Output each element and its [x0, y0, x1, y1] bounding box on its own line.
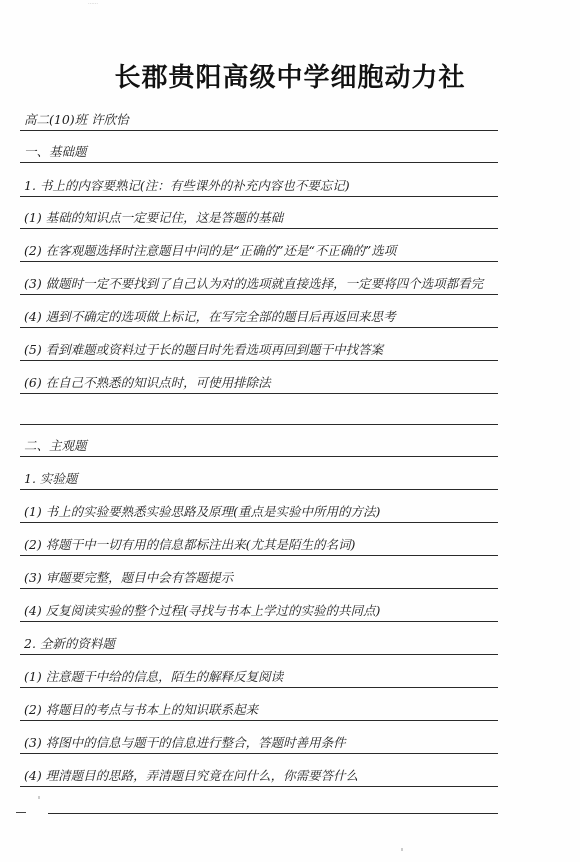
ruled-line: (6) 在自己不熟悉的知识点时，可使用排除法: [20, 373, 498, 394]
note-item: (2) 将题目的考点与书本上的知识联系起来: [20, 702, 258, 717]
ruled-line: (3) 做题时一定不要找到了自己认为对的选项就直接选择，一定要将四个选项都看完: [20, 274, 498, 295]
note-item: (6) 在自己不熟悉的知识点时，可使用排除法: [20, 375, 271, 390]
ruled-line: (3) 将图中的信息与题干的信息进行整合，答题时善用条件: [20, 733, 498, 754]
ruled-line: (2) 将题目的考点与书本上的知识联系起来: [20, 700, 498, 721]
ruled-line-empty: [48, 793, 498, 814]
ruled-line: (1) 书上的实验要熟悉实验思路及原理(重点是实验中所用的方法): [20, 502, 498, 523]
note-item: (3) 审题要完整，题目中会有答题提示: [20, 570, 233, 585]
ruled-line: 2. 全新的资料题: [20, 634, 498, 655]
student-info: 高二(10)班 许欣怡: [20, 112, 129, 127]
ruled-line: (2) 将题干中一切有用的信息都标注出来(尤其是陌生的名词): [20, 535, 498, 556]
note-item: (3) 将图中的信息与题干的信息进行整合，答题时善用条件: [20, 735, 346, 750]
subsection-heading: 1. 实验题: [20, 471, 77, 486]
ruled-line: (2) 在客观题选择时注意题目中问的是“正确的”还是“不正确的”选项: [20, 241, 498, 262]
note-item: (4) 反复阅读实验的整个过程(寻找与书本上学过的实验的共同点): [20, 603, 380, 618]
ruled-line: 1. 书上的内容要熟记(注：有些课外的补充内容也不要忘记): [20, 176, 498, 197]
ruled-line: (1) 注意题干中给的信息，陌生的解释反复阅读: [20, 667, 498, 688]
subsection-heading: 2. 全新的资料题: [20, 636, 115, 651]
ruled-line: (4) 反复阅读实验的整个过程(寻找与书本上学过的实验的共同点): [20, 601, 498, 622]
paper-speck: [38, 796, 40, 799]
note-item: (4) 遇到不确定的选项做上标记，在写完全部的题目后再返回来思考: [20, 309, 396, 324]
line-stub: [16, 812, 26, 813]
section-heading: 一、基础题: [20, 144, 87, 159]
note-item: (5) 看到难题或资料过于长的题目时先看选项再回到题干中找答案: [20, 342, 383, 357]
ruled-line: (4) 遇到不确定的选项做上标记，在写完全部的题目后再返回来思考: [20, 307, 498, 328]
note-item: (1) 基础的知识点一定要记住，这是答题的基础: [20, 210, 283, 225]
header-watermark: ……: [88, 0, 168, 6]
note-item: (1) 书上的实验要熟悉实验思路及原理(重点是实验中所用的方法): [20, 504, 380, 519]
subsection-heading: 1. 书上的内容要熟记(注：有些课外的补充内容也不要忘记): [20, 178, 350, 193]
paper-speck: [401, 848, 403, 851]
ruled-line: (3) 审题要完整，题目中会有答题提示: [20, 568, 498, 589]
ruled-line: (1) 基础的知识点一定要记住，这是答题的基础: [20, 208, 498, 229]
ruled-line-empty: [20, 404, 498, 425]
note-item: (4) 理清题目的思路，弄清题目究竟在问什么，你需要答什么: [20, 768, 358, 783]
note-item: (1) 注意题干中给的信息，陌生的解释反复阅读: [20, 669, 283, 684]
note-item: (2) 在客观题选择时注意题目中问的是“正确的”还是“不正确的”选项: [20, 243, 396, 258]
page-title: 长郡贵阳高级中学细胞动力社: [0, 57, 580, 94]
ruled-line: (5) 看到难题或资料过于长的题目时先看选项再回到题干中找答案: [20, 340, 498, 361]
note-item: (2) 将题干中一切有用的信息都标注出来(尤其是陌生的名词): [20, 537, 355, 552]
ruled-line: (4) 理清题目的思路，弄清题目究竟在问什么，你需要答什么: [20, 766, 498, 787]
student-info-line: 高二(10)班 许欣怡: [20, 110, 498, 131]
ruled-line: 二、主观题: [20, 436, 498, 457]
section-heading: 二、主观题: [20, 438, 87, 453]
ruled-line: 一、基础题: [20, 142, 498, 163]
ruled-line: 1. 实验题: [20, 469, 498, 490]
note-item: (3) 做题时一定不要找到了自己认为对的选项就直接选择，一定要将四个选项都看完: [20, 276, 483, 291]
